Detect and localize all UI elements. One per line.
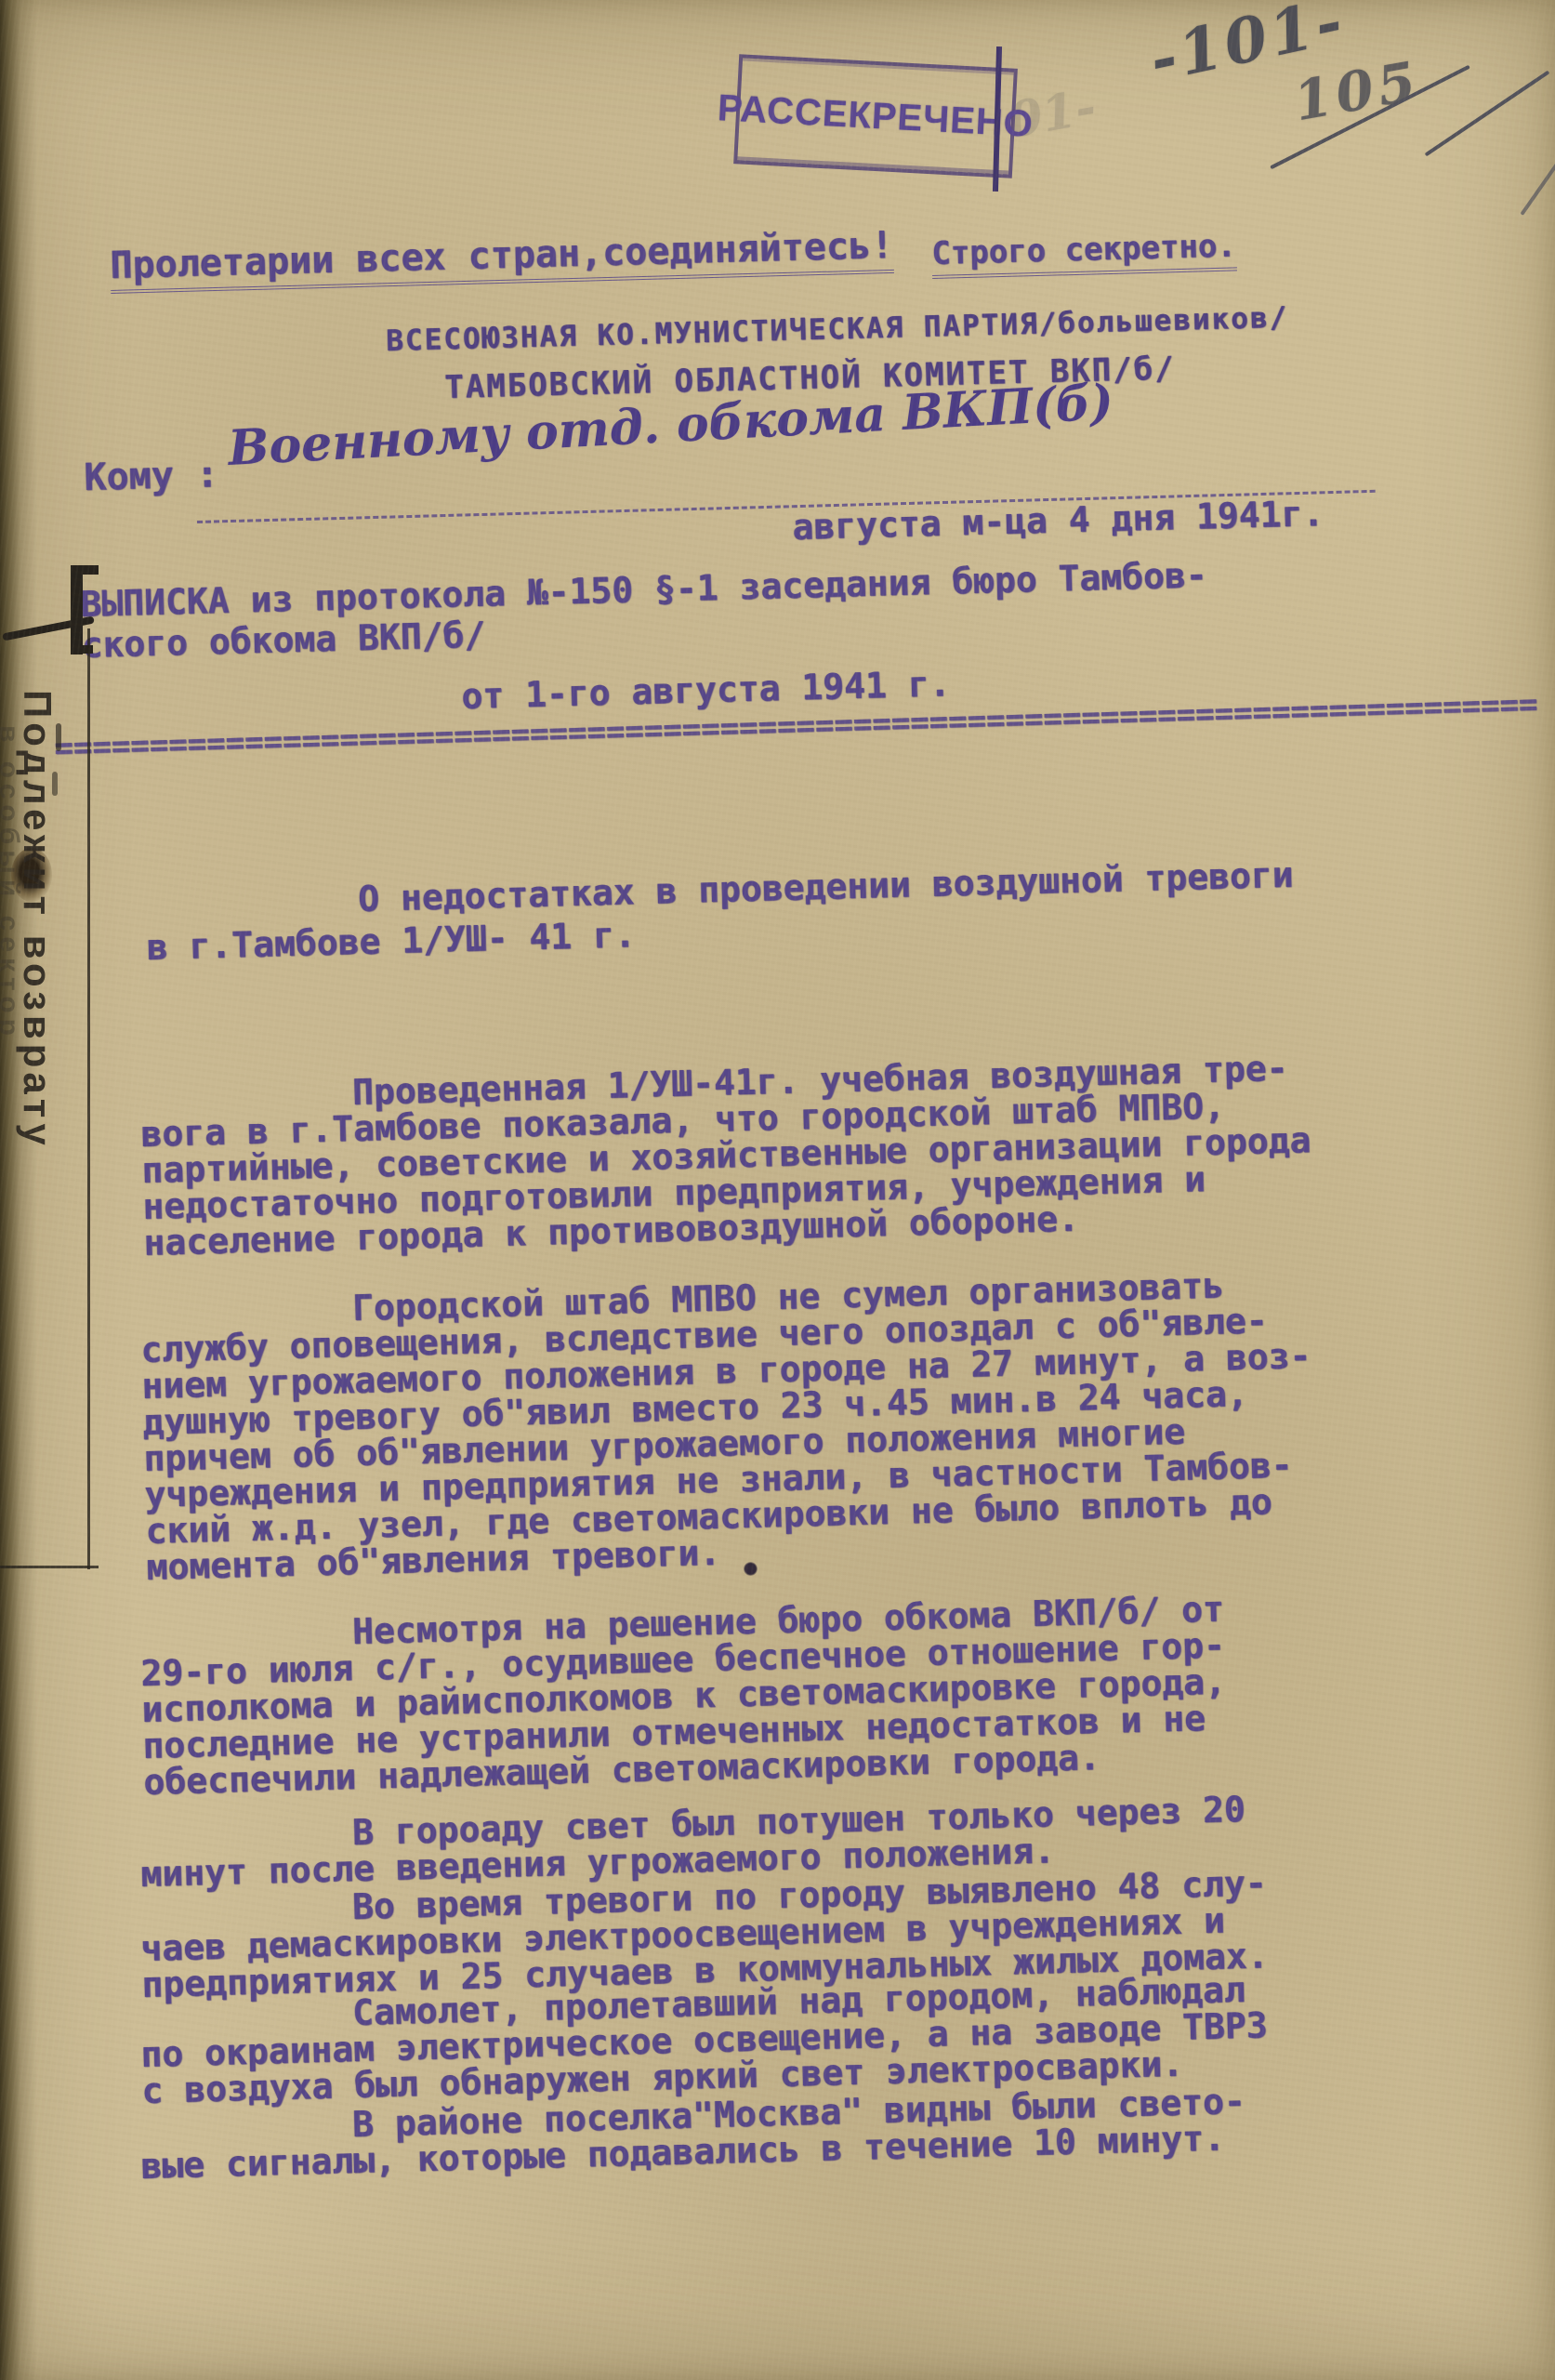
margin-bracket-stub-top	[71, 565, 99, 575]
sector-stamp-text: в особый сектор	[0, 725, 24, 1162]
margin-box-bottom-line	[0, 1566, 99, 1568]
classification-label: Строго секретно.	[931, 230, 1237, 278]
addressee-label: Кому :	[84, 456, 219, 497]
org-name-line1: ВСЕСОЮЗНАЯ КО.МУНИСТИЧЕСКАЯ ПАРТИЯ/больш…	[386, 304, 1289, 357]
pencil-corner-stroke	[1520, 152, 1555, 216]
margin-bracket-vertical	[71, 567, 83, 654]
subject-heading: О недостатках в проведении воздушной тре…	[145, 853, 1295, 969]
ink-dot-blemish	[744, 1562, 758, 1576]
paragraph-1: Проведенная 1/УШ-41г. учебная воздушная …	[139, 1050, 1313, 1262]
masthead-slogan: Пролетарии всех стран,соединяйтесь!	[110, 227, 894, 294]
paragraph-3: Несмотря на решение бюро обкома ВКП/б/ о…	[139, 1591, 1228, 1800]
margin-box-vertical-line	[87, 628, 90, 1569]
extract-title: ВЫПИСКА из протокола №-150 §-1 заседания…	[80, 554, 1208, 666]
pencil-swoosh-line	[1425, 71, 1550, 157]
paragraph-2: Городской штаб МПВО не сумел организоват…	[139, 1265, 1316, 1586]
declassified-stamp-label: РАССЕКРЕЧЕНО	[717, 87, 1034, 146]
document-page: 01- -101- 105 РАССЕКРЕЧЕНО Пролетарии вс…	[0, 0, 1555, 2380]
declassified-stamp: РАССЕКРЕЧЕНО	[733, 54, 1018, 178]
